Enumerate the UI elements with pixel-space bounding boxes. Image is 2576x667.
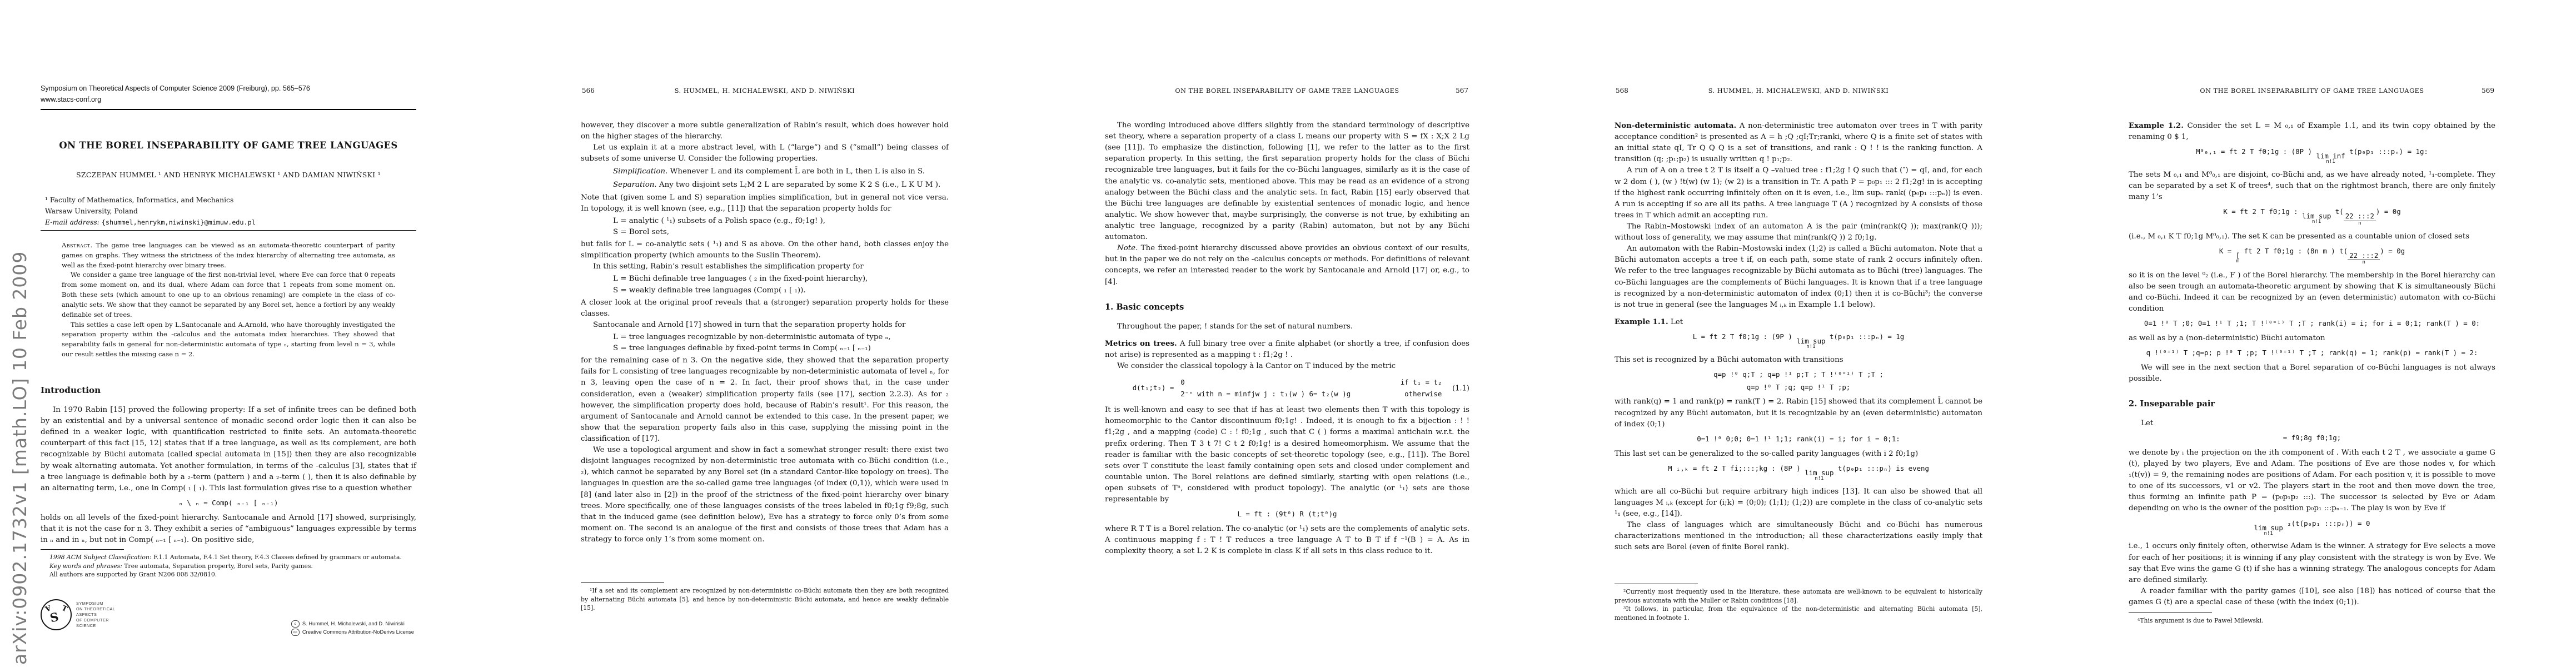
copyright: cS. Hummel, H. Michalewski, and D. Niwiń… [291,619,414,636]
page-body: In 1970 Rabin [15] proved the following … [41,405,416,546]
footnote-block: ⁴This argument is due to Paweł Milewski. [2129,613,2495,625]
display-equation: ₙ \ ₙ = Comp( ₙ₋₁ [ ₙ₋₁) [41,499,416,508]
footnote-block: ¹If a set and its complement are recogni… [581,583,949,613]
paragraph: with rank(q) = 1 and rank(p) = rank(T ) … [1615,396,1982,430]
email-value: {shummel,henrykm,niwinski}@mimuw.edu.pl [102,218,256,226]
footnote: ⁴This argument is due to Paweł Milewski. [2129,616,2495,625]
equation-number: (1.1) [1452,383,1469,394]
paper-scan-canvas: arXiv:0902.1732v1 [math.LO] 10 Feb 2009 … [0,0,2576,667]
paragraph: but fails for L = co-analytic sets ( ¹₁)… [581,239,949,261]
paragraph: Non-deterministic automata. A non-determ… [1615,120,1982,165]
running-head: S. HUMMEL, H. MICHALEWSKI, AND D. NIWIŃS… [581,87,949,94]
paragraph: We will see in the next section that a B… [2129,362,2495,385]
display-equation: M ᵢ,ₖ = ft 2 T fi;:::;kg : (8P ) lim sup… [1615,464,1982,482]
paragraph: This set is recognized by a Büchi automa… [1615,355,1982,366]
paragraph: however, they discover a more subtle gen… [581,120,949,142]
affiliation-line: ¹ Faculty of Mathematics, Informatics, a… [45,195,256,206]
section-heading: 1. Basic concepts [1105,301,1469,313]
footnote: Key words and phrases: Tree automata, Se… [41,562,416,571]
stacs-logo-circle: S A T [41,599,72,630]
paragraph: Santocanale and Arnold [17] showed in tu… [581,320,949,331]
section-heading: 2. Inseparable pair [2129,398,2495,410]
paragraph: which are all co-Büchi but require arbit… [1615,486,1982,520]
paragraph: where R T T is a Borel relation. The co-… [1105,524,1469,557]
paragraph: A closer look at the original proof reve… [581,297,949,320]
display-equation: M⁰₀,₁ = ft 2 T f0;1g : (8P ) lim infn!1 … [2129,147,2495,165]
abstract-paragraph: We consider a game tree language of the … [62,270,395,320]
example-heading: Example 1.1. Let [1615,316,1982,328]
paragraph: We use a topological argument and show i… [581,445,949,545]
paragraph: We consider the classical topology à la … [1105,361,1469,372]
underbrace: 22 :::2n [2344,212,2376,226]
page-body: Non-deterministic automata. A non-determ… [1615,120,1982,553]
transitions-line: q=p !⁰ q;T ; q=p !¹ p;T ; T !⁽⁰⁼¹⁾ T ;T … [1615,370,1982,380]
cc-icon: cc [291,629,300,636]
paragraph: An automaton with the Rabin–Mostowski in… [1615,243,1982,311]
paper-title: ON THE BOREL INSEPARABILITY OF GAME TREE… [41,140,416,151]
paragraph: Note. The fixed-point hierarchy discusse… [1105,243,1469,287]
paragraph: It is well-known and easy to see that if… [1105,405,1469,505]
paragraph: we denote by ᵢ the projection on the ith… [2129,447,2495,515]
transitions-line: 0=1 !⁰ 0;0; 0=1 !¹ 1;1; rank(i) = i; for… [1615,435,1982,444]
copyright-line: cS. Hummel, H. Michalewski, and D. Niwiń… [291,619,414,628]
paragraph: The Rabin–Mostowski index of an automato… [1615,221,1982,243]
page-5: ON THE BOREL INSEPARABILITY OF GAME TREE… [2129,0,2495,667]
example-heading: Example 1.2. Consider the set L = M ₀,₁ … [2129,120,2495,143]
paragraph: In this setting, Rabin’s result establis… [581,261,949,272]
footnote: ²Currently most frequently used in the l… [1615,588,1982,605]
paragraph: A reader familiar with the parity games … [2129,586,2495,608]
conference-url: www.stacs-conf.org [41,94,310,106]
definition-list: L = Büchi definable tree languages ( ₂ i… [613,273,949,296]
paragraph: Metrics on trees. A full binary tree ove… [1105,338,1469,361]
page-number: 567 [1456,87,1468,94]
footnote-rule [2129,613,2212,613]
cases-equation: d(t₁;t₂) = 0if t₁ = t₂ 2⁻ⁿ with n = minf… [1105,377,1469,399]
paragraph: This last set can be generalized to the … [1615,449,1982,460]
paragraph: so it is on the level ⁰₂ (i.e., F ) of t… [2129,270,2495,315]
limit-operator: lim supn!1 [2254,524,2283,537]
limit-operator: lim supn!1 [1796,337,1825,350]
page-4: 568 S. HUMMEL, H. MICHALEWSKI, AND D. NI… [1615,0,1982,667]
paragraph: Let us explain it at a more abstract lev… [581,142,949,165]
footnote-rule [1615,584,1698,584]
abstract-label: Abstract. [62,241,93,249]
abstract: Abstract. The game tree languages can be… [62,241,395,360]
display-equation: K = [m ft 2 T f0;1g : (8n m ) t(22 :::2n… [2129,247,2495,266]
abstract-paragraph: Abstract. The game tree languages can be… [62,241,395,270]
authors-line: SZCZEPAN HUMMEL ¹ AND HENRYK MICHALEWSKI… [41,171,416,179]
limit-operator: lim supn!1 [2302,212,2331,225]
running-head: ON THE BOREL INSEPARABILITY OF GAME TREE… [2129,87,2495,94]
limit-operator: lim infn!1 [2316,152,2345,165]
email-line: E-mail address: {shummel,henrykm,niwinsk… [45,217,256,228]
property-item: Separation. Any two disjoint sets L;M 2 … [613,180,949,191]
affiliation-line: Warsaw University, Poland [45,206,256,217]
header-rule [41,109,416,110]
paragraph: holds on all levels of the fixed-point h… [41,512,416,546]
display-equation: L = ft 2 T f0;1g : (9P ) lim supn!1 t(p₀… [1615,332,1982,350]
paragraph: (i.e., M ₀,₁ K T f0;1g M⁰₀,₁). The set K… [2129,231,2495,242]
page-number: 569 [2482,87,2494,94]
copyright-icon: c [291,620,300,628]
footnote-block: ²Currently most frequently used in the l… [1615,584,1982,623]
arxiv-stamp: arXiv:0902.1732v1 [math.LO] 10 Feb 2009 [9,142,31,665]
footnote-rule [41,549,124,550]
affiliation-rule [41,230,416,231]
running-head: ON THE BOREL INSEPARABILITY OF GAME TREE… [1105,87,1469,94]
license-line: ccCreative Commons Attribution-NoDerivs … [291,628,414,636]
property-item: Simplification. Whenever L and its compl… [613,166,949,177]
page-body: The wording introduced above differs sli… [1105,120,1469,557]
display-equation: lim supn!1 ₂(t(p₀p₁ :::pₙ)) = 0 [2129,519,2495,537]
footnote-rule [581,583,664,583]
stacs-logo: S A T SYMPOSIUM ON THEORETICAL ASPECTS O… [41,599,115,630]
footnote: ¹If a set and its complement are recogni… [581,586,949,613]
footnote: All authors are supported by Grant N206 … [41,570,416,579]
transitions-line: 0=1 !⁰ T ;0; 0=1 !¹ T ;1; T !⁽⁰⁼¹⁾ T ;T … [2129,319,2495,328]
paragraph: i.e., 1 occurs only finitely often, othe… [2129,541,2495,585]
page-3: ON THE BOREL INSEPARABILITY OF GAME TREE… [1105,0,1469,667]
page-body: however, they discover a more subtle gen… [581,120,949,545]
display-equation: = f9;8g f0;1g; [2129,434,2495,443]
paragraph: as well as by a (non-deterministic) Büch… [2129,333,2495,344]
paragraph: Throughout the paper, ! stands for the s… [1105,321,1469,332]
definition-list: L = tree languages recognizable by non-d… [613,332,949,354]
paragraph: Note that (given some L and S) separatio… [581,192,949,215]
page-body: Example 1.2. Consider the set L = M ₀,₁ … [2129,120,2495,608]
paragraph: The wording introduced above differs sli… [1105,120,1469,243]
page-2: 566 S. HUMMEL, H. MICHALEWSKI, AND D. NI… [581,0,949,667]
paragraph: A run of A on a tree t 2 T is itself a Q… [1615,165,1982,221]
paragraph: In 1970 Rabin [15] proved the following … [41,405,416,494]
cases-block: 0if t₁ = t₂ 2⁻ⁿ with n = minfjw j : t₁(w… [1180,377,1442,399]
footnote: ³It follows, in particular, from the equ… [1615,605,1982,622]
paragraph: Let [2129,418,2495,429]
display-equation: L = ft : (9t⁰) R (t;t⁰)g [1105,510,1469,519]
underbrace: 22 :::2n [2348,252,2380,266]
definition-list: L = analytic ( ¹₁) subsets of a Polish s… [613,216,949,238]
display-equation: K = ft 2 T f0;1g : lim supn!1 t(22 :::2n… [2129,207,2495,226]
section-heading: Introduction [41,385,101,395]
paragraph: for the remaining case of n 3. On the ne… [581,355,949,445]
abstract-paragraph: This settles a case left open by L.Santo… [62,320,395,360]
transitions-line: q !⁽⁰⁼¹⁾ T ;q=p; p !⁰ T ;p; T !⁽⁰⁼¹⁾ T ;… [2129,349,2495,358]
affiliation: ¹ Faculty of Mathematics, Informatics, a… [45,195,256,228]
paragraph: The sets M ₀,₁ and M⁰₀,₁ are disjoint, c… [2129,170,2495,203]
stacs-logo-text: SYMPOSIUM ON THEORETICAL ASPECTS OF COMP… [76,601,115,629]
conference-line: Symposium on Theoretical Aspects of Comp… [41,83,310,94]
running-head: S. HUMMEL, H. MICHALEWSKI, AND D. NIWIŃS… [1615,87,1982,94]
page-1: Symposium on Theoretical Aspects of Comp… [41,0,416,667]
transitions-line: q=p !⁰ T ;q; q=p !¹ T ;p; [1615,383,1982,392]
footnote: 1998 ACM Subject Classification: F.1.1 A… [41,553,416,562]
footnote-block: 1998 ACM Subject Classification: F.1.1 A… [41,549,416,579]
paragraph: The class of languages which are simulta… [1615,520,1982,553]
limit-operator: lim supn!1 [1805,469,1833,482]
conference-header: Symposium on Theoretical Aspects of Comp… [41,83,310,105]
